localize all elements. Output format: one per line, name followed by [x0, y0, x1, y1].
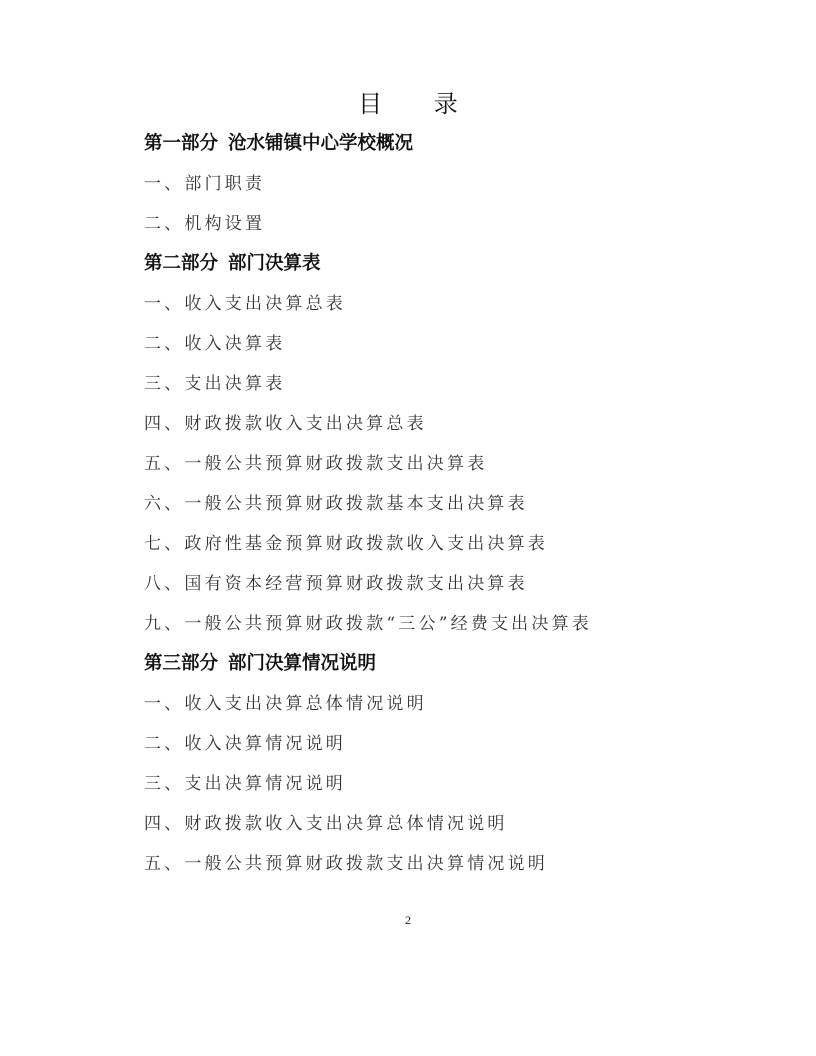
- toc-item[interactable]: 二、机构设置: [144, 204, 704, 244]
- toc-item[interactable]: 七、政府性基金预算财政拨款收入支出决算表: [144, 524, 704, 564]
- toc-item[interactable]: 四、财政拨款收入支出决算总体情况说明: [144, 804, 704, 844]
- part-number: 第一部分: [144, 133, 218, 154]
- page-title: 目 录: [0, 84, 816, 119]
- toc-item[interactable]: 三、支出决算表: [144, 364, 704, 404]
- toc-item[interactable]: 九、一般公共预算财政拨款“三公”经费支出决算表: [144, 604, 704, 644]
- toc-item[interactable]: 一、收入支出决算总体情况说明: [144, 684, 704, 724]
- part-number: 第二部分: [144, 253, 218, 274]
- toc-item[interactable]: 六、一般公共预算财政拨款基本支出决算表: [144, 484, 704, 524]
- toc-item[interactable]: 五、一般公共预算财政拨款支出决算情况说明: [144, 844, 704, 884]
- part-title: 部门决算情况说明: [228, 653, 376, 674]
- part-number: 第三部分: [144, 653, 218, 674]
- toc-part-3[interactable]: 第三部分部门决算情况说明: [144, 644, 704, 684]
- toc-item[interactable]: 二、收入决算情况说明: [144, 724, 704, 764]
- toc-item[interactable]: 三、支出决算情况说明: [144, 764, 704, 804]
- page-number: 2: [0, 913, 816, 928]
- table-of-contents: 第一部分沧水铺镇中心学校概况 一、部门职责 二、机构设置 第二部分部门决算表 一…: [144, 124, 704, 884]
- toc-item[interactable]: 二、收入决算表: [144, 324, 704, 364]
- toc-item[interactable]: 一、收入支出决算总表: [144, 284, 704, 324]
- toc-item[interactable]: 八、国有资本经营预算财政拨款支出决算表: [144, 564, 704, 604]
- toc-item[interactable]: 一、部门职责: [144, 164, 704, 204]
- toc-item[interactable]: 五、一般公共预算财政拨款支出决算表: [144, 444, 704, 484]
- toc-part-2[interactable]: 第二部分部门决算表: [144, 244, 704, 284]
- part-title: 沧水铺镇中心学校概况: [228, 133, 413, 154]
- toc-part-1[interactable]: 第一部分沧水铺镇中心学校概况: [144, 124, 704, 164]
- part-title: 部门决算表: [228, 253, 321, 274]
- toc-item[interactable]: 四、财政拨款收入支出决算总表: [144, 404, 704, 444]
